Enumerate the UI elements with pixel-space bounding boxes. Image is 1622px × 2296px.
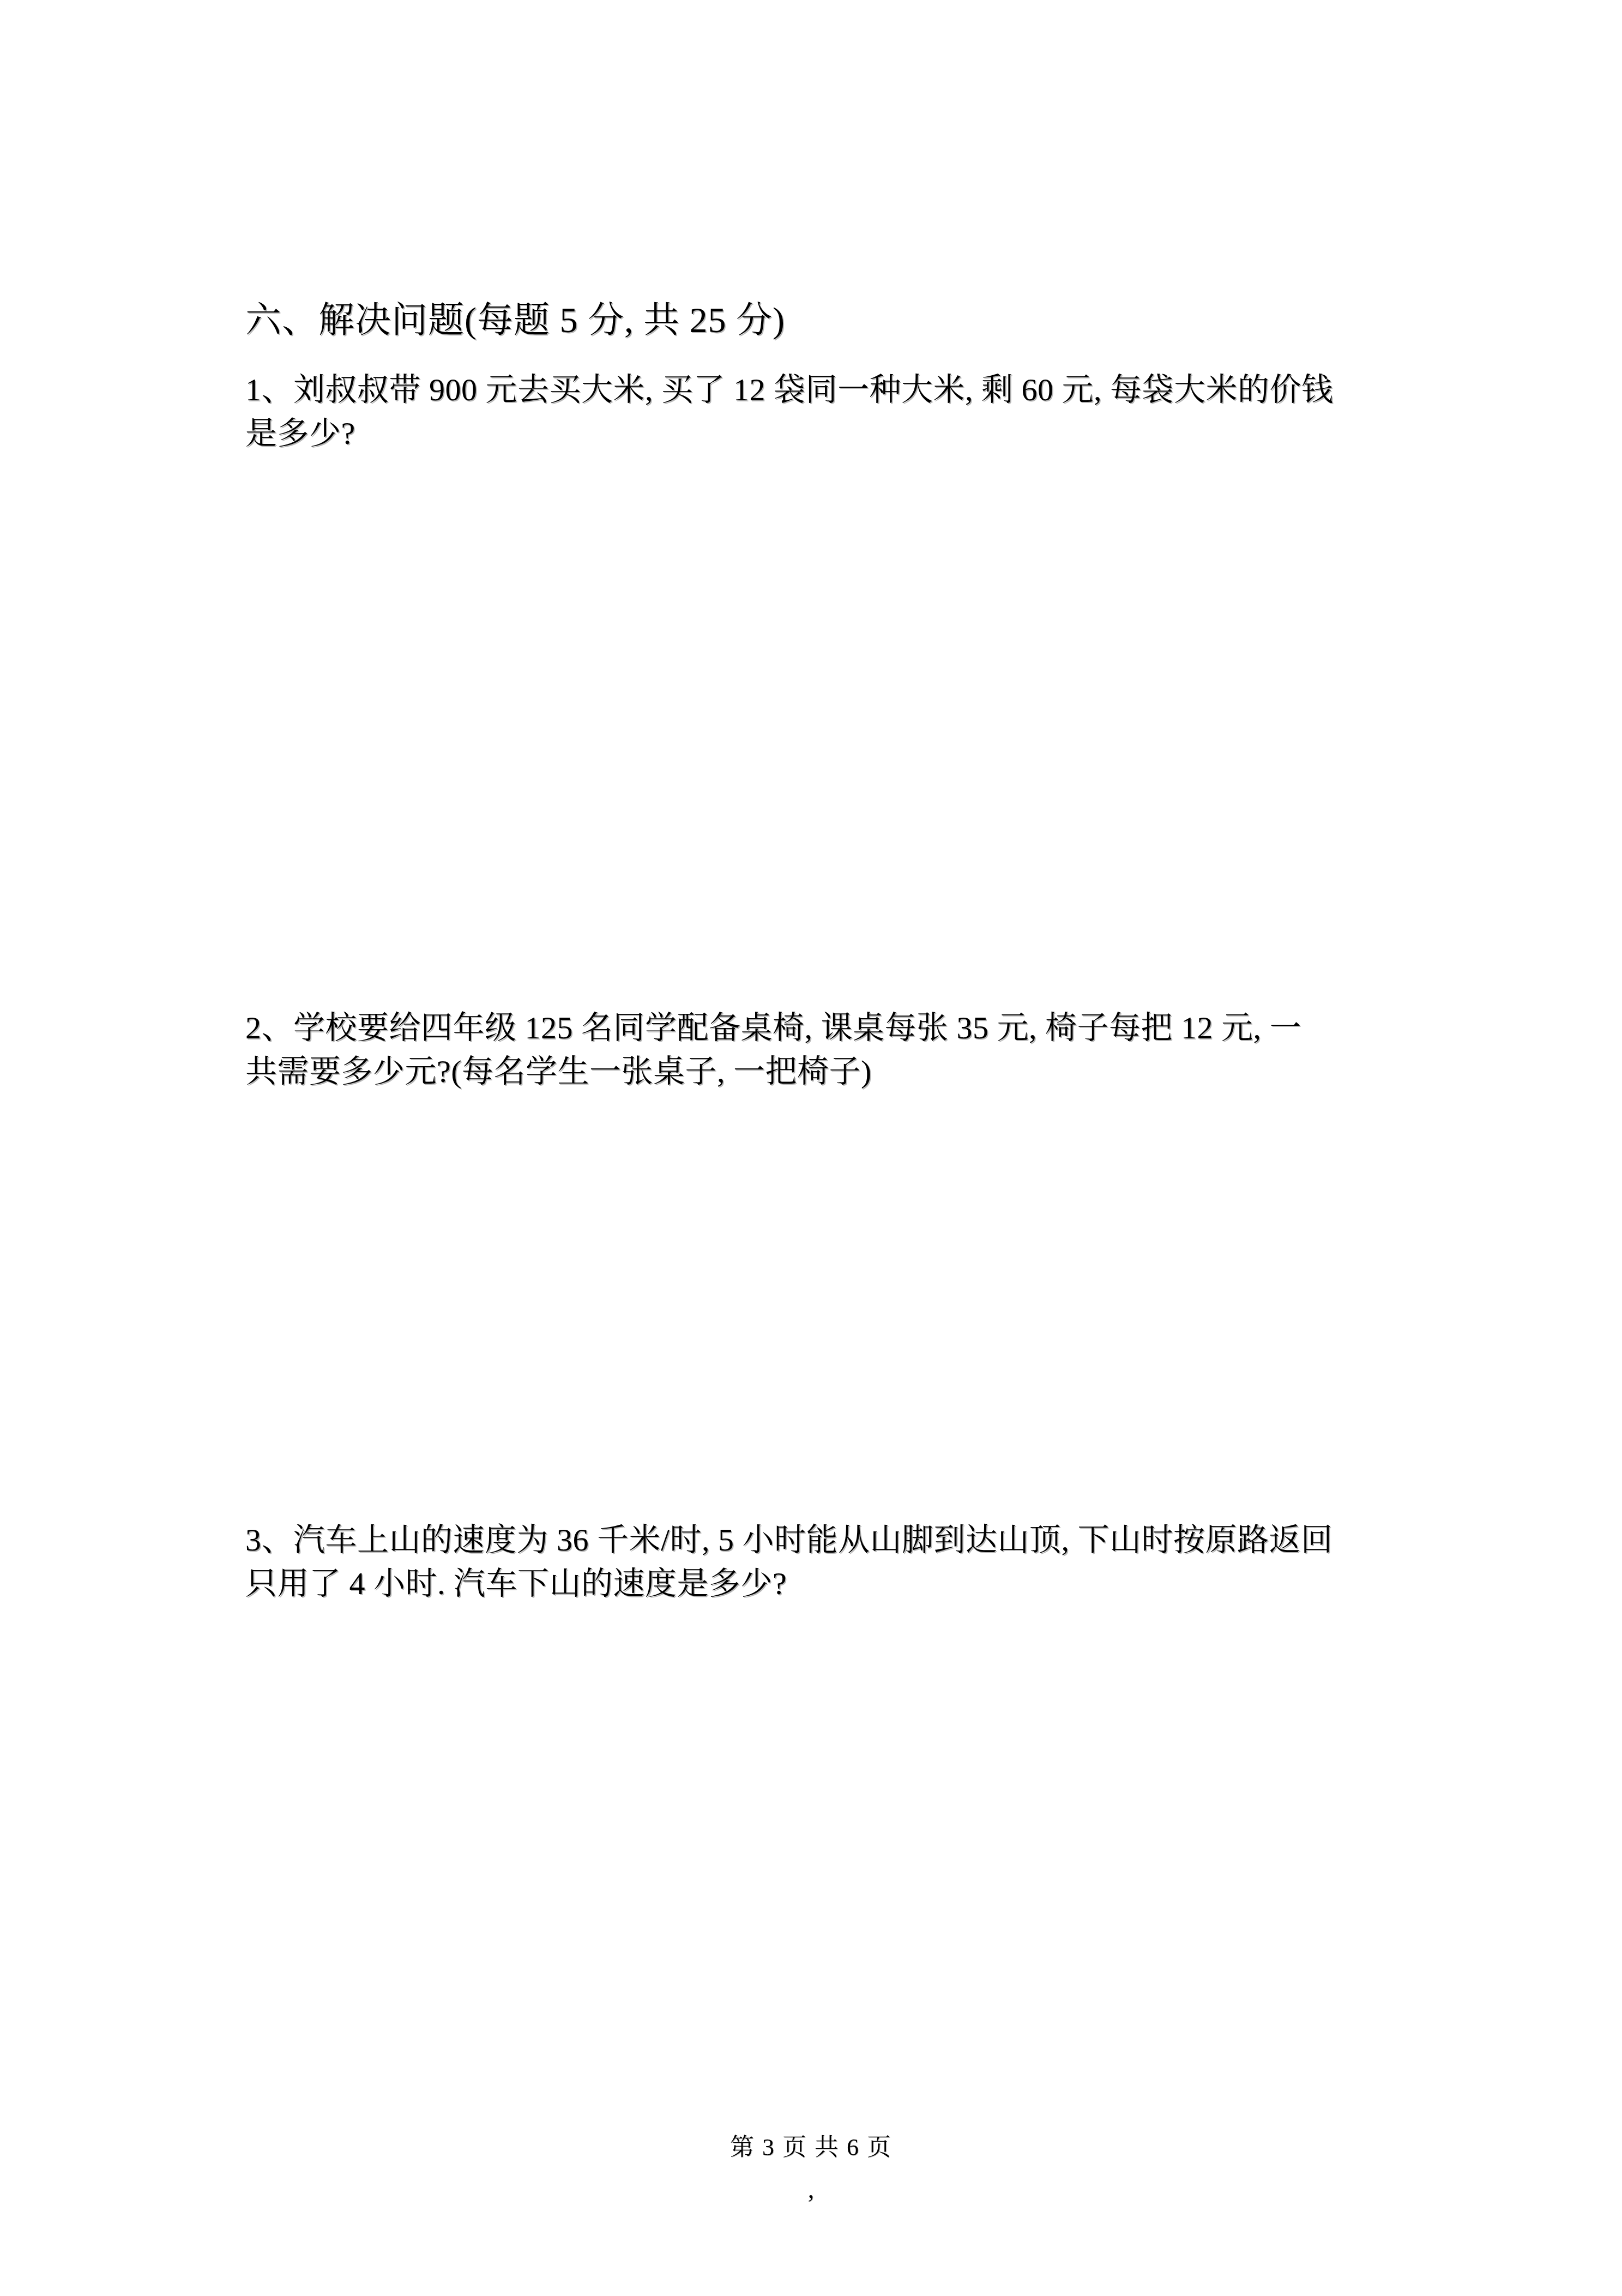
question-1-line-1: 1、刘叔叔带 900 元去买大米, 买了 12 袋同一种大米, 剩 60 元, … (245, 368, 1407, 412)
question-3-line-2: 只用了 4 小时. 汽车下山的速度是多少? (245, 1562, 1407, 1606)
page-footer: 第 3 页 共 6 页 , (0, 2133, 1622, 2202)
question-1: 1、刘叔叔带 900 元去买大米, 买了 12 袋同一种大米, 剩 60 元, … (245, 368, 1407, 455)
question-1-line-2: 是多少? (245, 412, 1407, 455)
exam-page: 六、解决问题(每题 5 分, 共 25 分) 1、刘叔叔带 900 元去买大米,… (0, 0, 1622, 2296)
question-3-line-1: 3、汽车上山的速度为 36 千米/时, 5 小时能从山脚到达山顶, 下山时按原路… (245, 1518, 1407, 1562)
stray-comma-mark: , (0, 2177, 1622, 2202)
page-number-indicator: 第 3 页 共 6 页 (0, 2133, 1622, 2162)
question-2: 2、学校要给四年级 125 名同学配备桌椅, 课桌每张 35 元, 椅子每把 1… (245, 1006, 1407, 1093)
question-2-line-1: 2、学校要给四年级 125 名同学配备桌椅, 课桌每张 35 元, 椅子每把 1… (245, 1006, 1407, 1050)
section-title: 六、解决问题(每题 5 分, 共 25 分) (245, 301, 785, 341)
question-2-line-2: 共需要多少元?(每名学生一张桌子, 一把椅子) (245, 1050, 1407, 1093)
question-3: 3、汽车上山的速度为 36 千米/时, 5 小时能从山脚到达山顶, 下山时按原路… (245, 1518, 1407, 1606)
